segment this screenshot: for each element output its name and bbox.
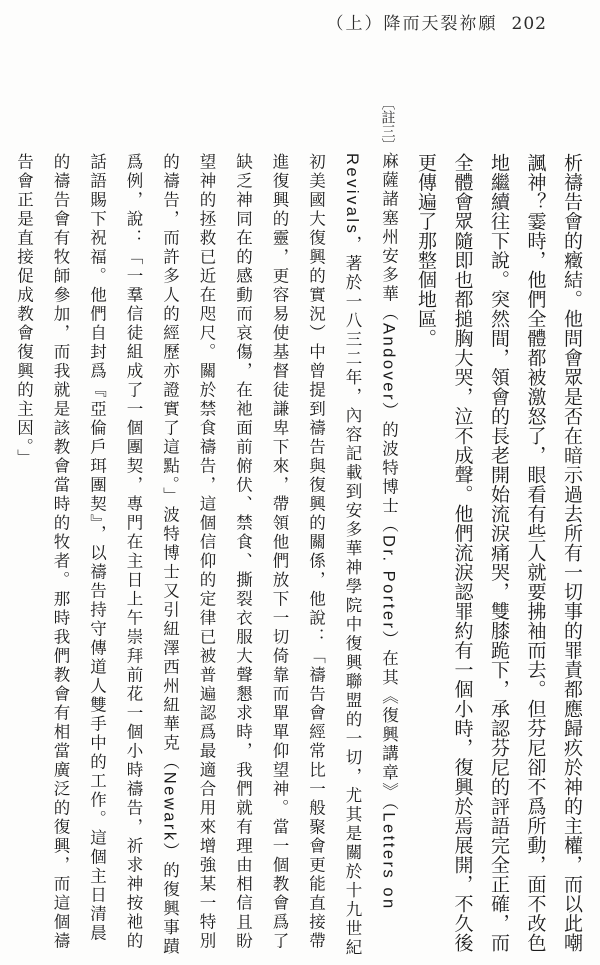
book-page: （上）降而天裂祢願 202 析禱告會的癥結。他問會眾是否在暗示過去所有一切事的罪… bbox=[0, 0, 600, 965]
vertical-text-block: 析禱告會的癥結。他問會眾是否在暗示過去所有一切事的罪責都應歸疚於神的主權，而以此… bbox=[6, 96, 589, 958]
book-title: （上）降而天裂祢願 bbox=[327, 9, 498, 34]
running-head: （上）降而天裂祢願 202 bbox=[327, 9, 547, 34]
page-number: 202 bbox=[512, 14, 547, 34]
footnote-text: 麻薩諸塞州安多華（Andover）的波特博士（Dr. Porter）在其《復興講… bbox=[15, 152, 398, 957]
main-paragraph: 析禱告會的癥結。他問會眾是否在暗示過去所有一切事的罪責都應歸疚於神的主權，而以此… bbox=[407, 96, 590, 958]
footnote-marker: 〔註三〕 bbox=[381, 96, 397, 152]
footnote-paragraph: 〔註三〕麻薩諸塞州安多華（Andover）的波特博士（Dr. Porter）在其… bbox=[6, 96, 407, 958]
